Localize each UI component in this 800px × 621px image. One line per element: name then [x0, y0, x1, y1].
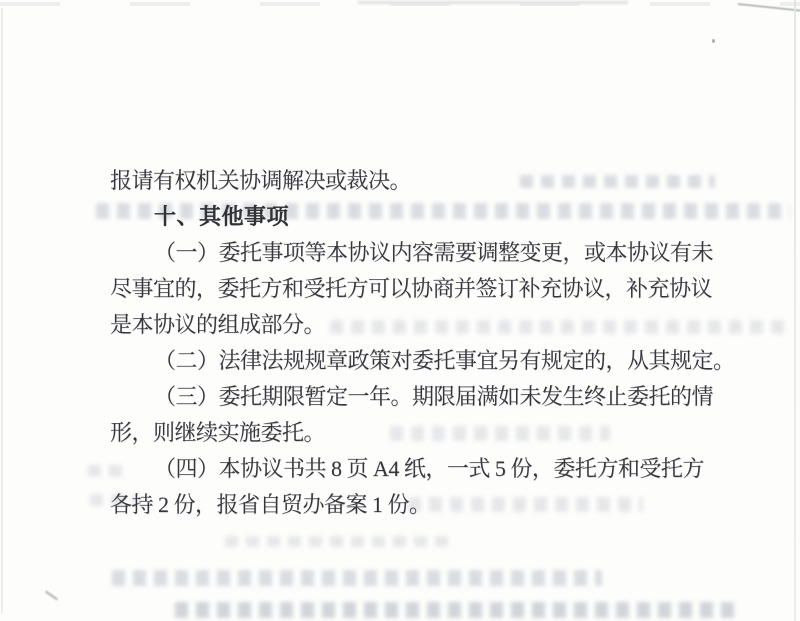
document-text-block: 报请有权机关协调解决或裁决。 十、其他事项 （一）委托事项等本协议内容需要调整变… — [110, 163, 720, 523]
text-line: （四）本协议书共 8 页 A4 纸，一式 5 份，委托方和受托方 — [110, 451, 720, 487]
text-line: （一）委托事项等本协议内容需要调整变更，或本协议有未 — [110, 235, 720, 271]
page-left-edge-shadow — [1, 8, 3, 613]
text-line: （二）法律法规规章政策对委托事宜另有规定的，从其规定。 — [110, 343, 720, 379]
page-right-edge-shadow — [794, 0, 796, 621]
text-line: 各持 2 份，报省自贸办备案 1 份。 — [110, 487, 720, 523]
bleed-through-mark — [225, 536, 450, 547]
section-heading: 十、其他事项 — [110, 199, 720, 235]
bleed-through-mark — [175, 602, 735, 618]
text-line: 尽事宜的，委托方和受托方可以协商并签订补充协议，补充协议 — [110, 271, 720, 307]
scan-smudge — [44, 590, 58, 601]
scan-speck — [712, 39, 715, 43]
text-line: 形，则继续实施委托。 — [110, 415, 720, 451]
bleed-through-mark — [112, 570, 602, 586]
text-line: 是本协议的组成部分。 — [110, 307, 720, 343]
scan-top-streak — [358, 1, 628, 4]
text-line: 报请有权机关协调解决或裁决。 — [110, 163, 720, 199]
scanned-document-page: 报请有权机关协调解决或裁决。 十、其他事项 （一）委托事项等本协议内容需要调整变… — [0, 0, 800, 621]
text-line: （三）委托期限暂定一年。期限届满如未发生终止委托的情 — [110, 379, 720, 415]
